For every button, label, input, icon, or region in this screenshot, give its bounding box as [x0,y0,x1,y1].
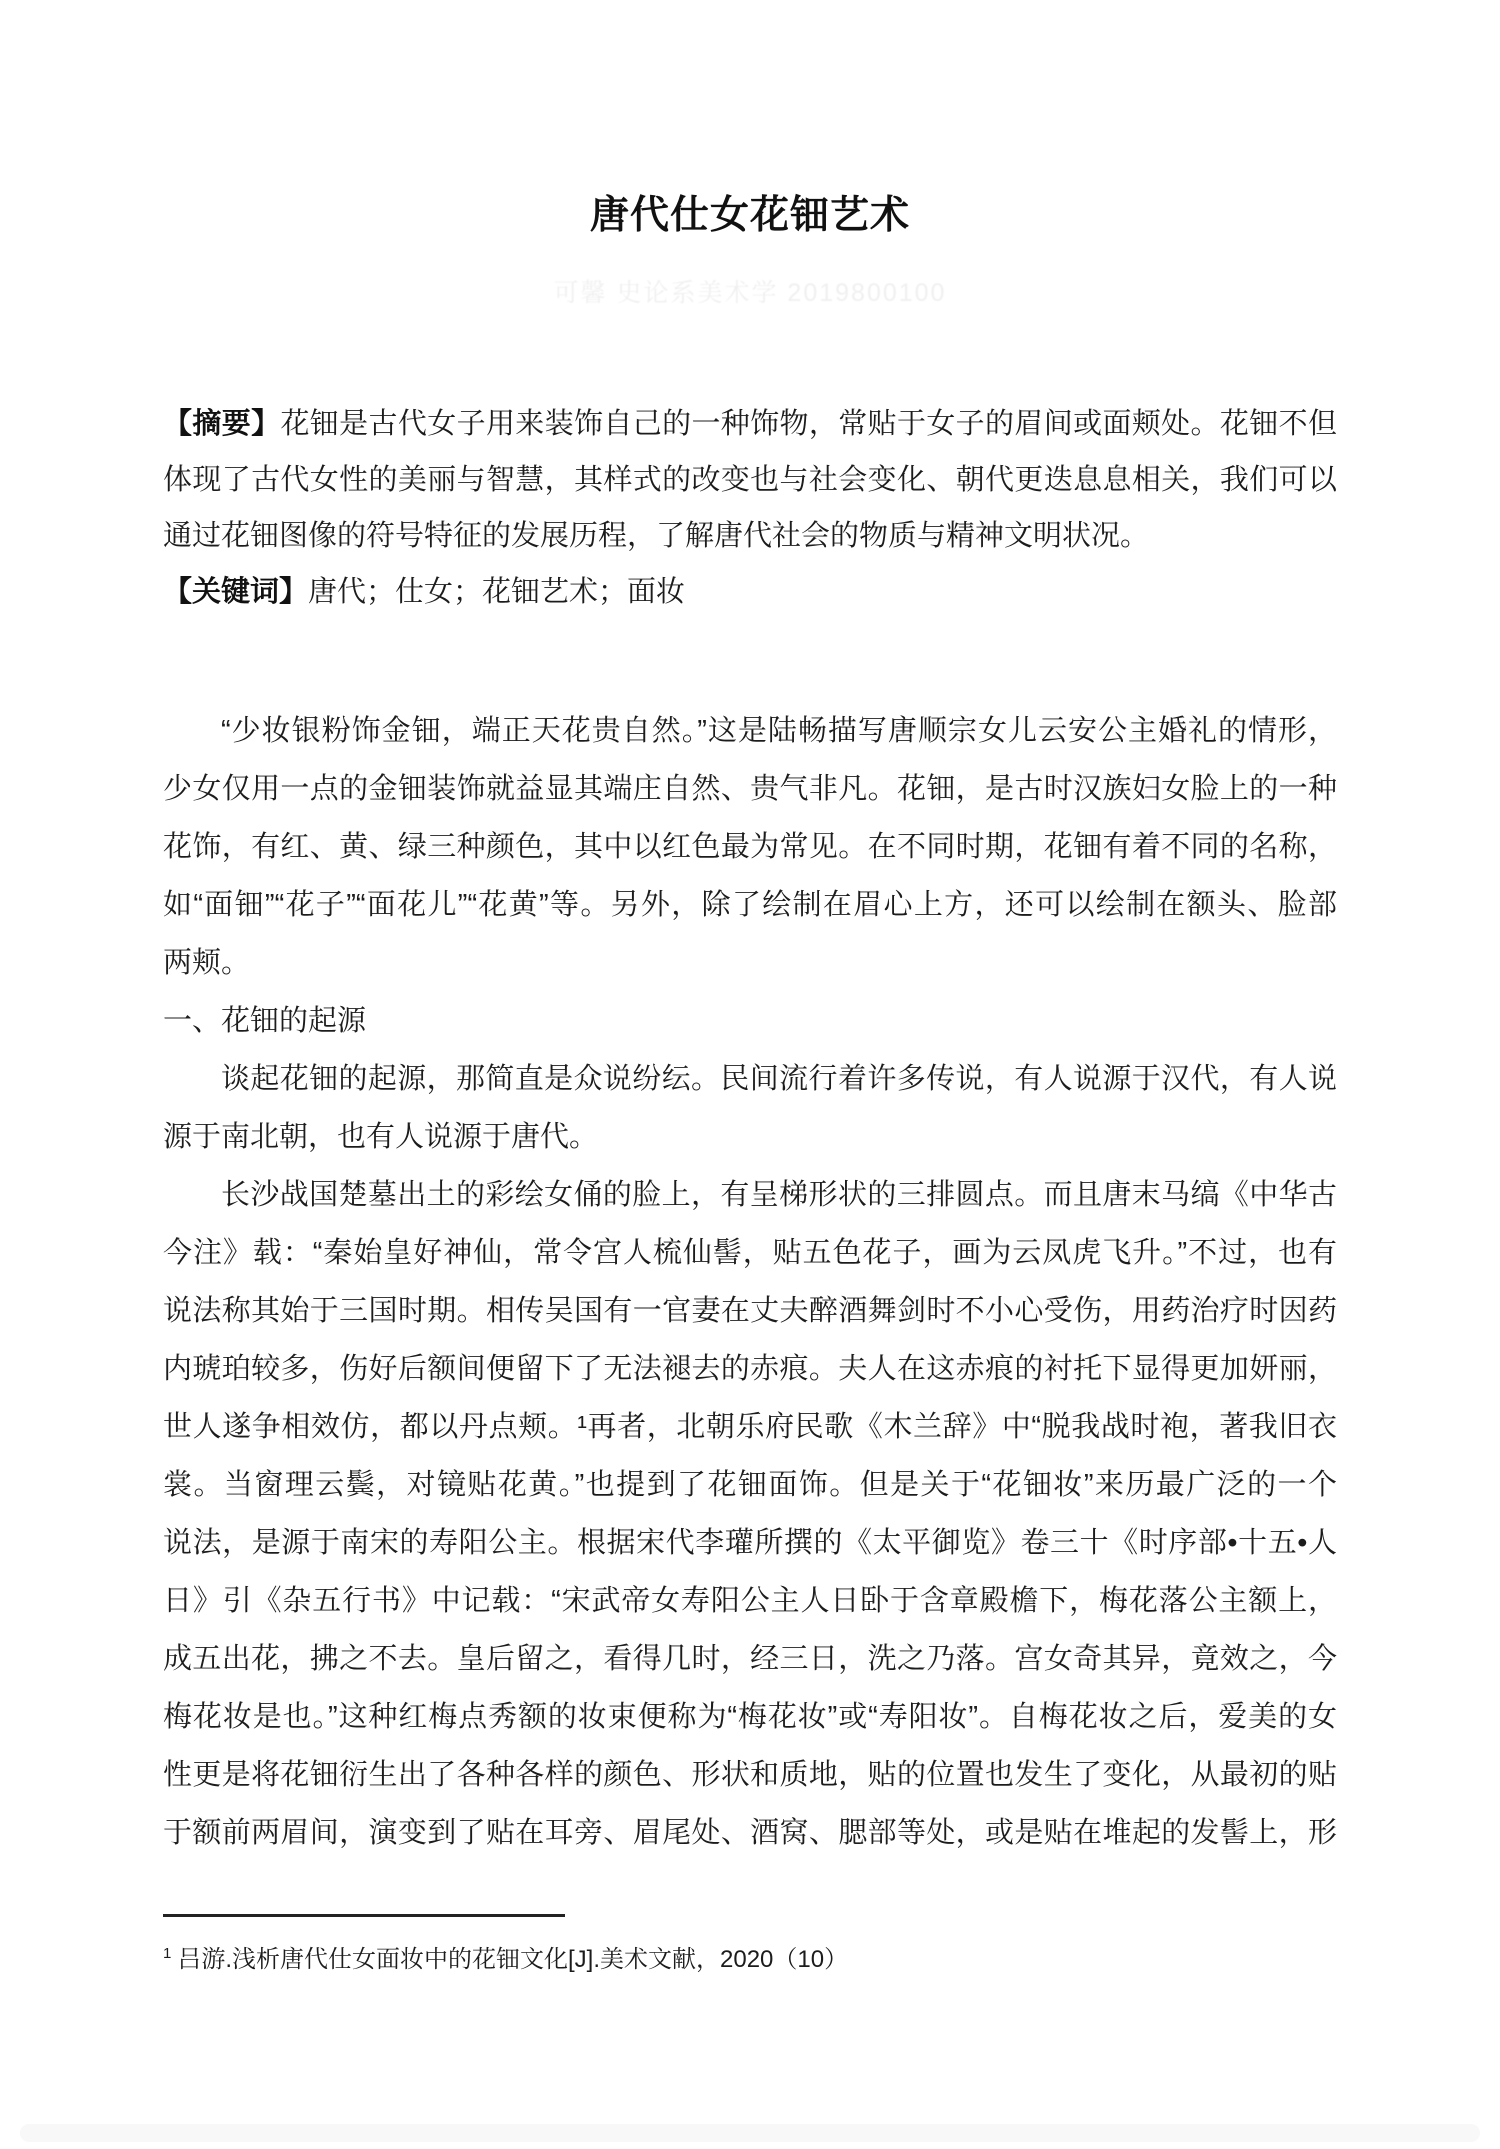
text-line: 体现了古代女性的美丽与智慧，其样式的改变也与社会变化、朝代更迭息息相关，我们可以 [163,452,1337,508]
text-line: 【摘要】花钿是古代女子用来装饰自己的一种饰物，常贴于女子的眉间或面颊处。花钿不但 [163,396,1337,452]
text-line: 世人遂争相效仿，都以丹点颊。¹再者，北朝乐府民歌《木兰辞》中“脱我战时袍，著我旧… [163,1398,1337,1456]
abstract-label: 【摘要】 [163,408,280,440]
text-line: 裳。当窗理云鬓，对镜贴花黄。”也提到了花钿面饰。但是关于“花钿妆”来历最广泛的一… [163,1456,1337,1514]
text-line: 说法，是源于南宋的寿阳公主。根据宋代李瓘所撰的《太平御览》卷三十《时序部•十五•… [163,1514,1337,1572]
body-text: “少妆银粉饰金钿，端正天花贵自然。”这是陆畅描写唐顺宗女儿云安公主婚礼的情形，少… [163,702,1337,1862]
text-line: 于额前两眉间，演变到了贴在耳旁、眉尾处、酒窝、腮部等处，或是贴在堆起的发髻上，形 [163,1804,1337,1862]
text-line: 今注》载：“秦始皇好神仙，常令宫人梳仙髻，贴五色花子，画为云凤虎飞升。”不过，也… [163,1224,1337,1282]
bottom-scroll-hint [20,2124,1480,2142]
section-heading: 一、花钿的起源 [163,992,1337,1050]
text-line: 谈起花钿的起源，那简直是众说纷纭。民间流行着许多传说，有人说源于汉代，有人说 [163,1050,1337,1108]
text-line: “少妆银粉饰金钿，端正天花贵自然。”这是陆畅描写唐顺宗女儿云安公主婚礼的情形， [163,702,1337,760]
footnote-separator [163,1914,565,1917]
text-line: 说法称其始于三国时期。相传吴国有一官妻在丈夫醉酒舞剑时不小心受伤，用药治疗时因药 [163,1282,1337,1340]
text-line: 源于南北朝，也有人说源于唐代。 [163,1108,1337,1166]
text-line: 性更是将花钿衍生出了各种各样的颜色、形状和质地，贴的位置也发生了变化，从最初的贴 [163,1746,1337,1804]
text-line: 长沙战国楚墓出土的彩绘女俑的脸上，有呈梯形状的三排圆点。而且唐末马缟《中华古 [163,1166,1337,1224]
page-content: 唐代仕女花钿艺术 可馨 史论系美术学 2019800100 【摘要】花钿是古代女… [163,192,1337,1977]
text-line: 梅花妆是也。”这种红梅点秀额的妆束便称为“梅花妆”或“寿阳妆”。自梅花妆之后，爱… [163,1688,1337,1746]
text-line: 花饰，有红、黄、绿三种颜色，其中以红色最为常见。在不同时期，花钿有着不同的名称， [163,818,1337,876]
keywords-text: 唐代；仕女；花钿艺术；面妆 [308,576,685,608]
footnote-marker: 1 [163,1945,171,1962]
keywords-label: 【关键词】 [163,576,308,608]
text-line: 通过花钿图像的符号特征的发展历程，了解唐代社会的物质与精神文明状况。 [163,508,1337,564]
text-line: 两颊。 [163,934,1337,992]
text-line: 如“面钿”“花子”“面花儿”“花黄”等。另外，除了绘制在眉心上方，还可以绘制在额… [163,876,1337,934]
text-line: 少女仅用一点的金钿装饰就益显其端庄自然、贵气非凡。花钿，是古时汉族妇女脸上的一种 [163,760,1337,818]
text-line: 成五出花，拂之不去。皇后留之，看得几时，经三日，洗之乃落。宫女奇其异，竟效之，今 [163,1630,1337,1688]
text-line: 日》引《杂五行书》中记载：“宋武帝女寿阳公主人日卧于含章殿檐下，梅花落公主额上， [163,1572,1337,1630]
author-line-redacted: 可馨 史论系美术学 2019800100 [163,278,1337,308]
footnote: 1吕游.浅析唐代仕女面妆中的花钿文化[J].美术文献，2020（10） [163,1937,1337,1977]
document-page: 唐代仕女花钿艺术 可馨 史论系美术学 2019800100 【摘要】花钿是古代女… [0,0,1500,2149]
abstract-block: 【摘要】花钿是古代女子用来装饰自己的一种饰物，常贴于女子的眉间或面颊处。花钿不但… [163,396,1337,564]
footnote-text: 吕游.浅析唐代仕女面妆中的花钿文化[J].美术文献，2020（10） [177,1946,848,1973]
page-title: 唐代仕女花钿艺术 [163,192,1337,240]
text-line: 内琥珀较多，伤好后额间便留下了无法褪去的赤痕。夫人在这赤痕的衬托下显得更加妍丽， [163,1340,1337,1398]
footnote-area: 1吕游.浅析唐代仕女面妆中的花钿文化[J].美术文献，2020（10） [163,1914,1337,1977]
keywords-line: 【关键词】唐代；仕女；花钿艺术；面妆 [163,564,1337,620]
